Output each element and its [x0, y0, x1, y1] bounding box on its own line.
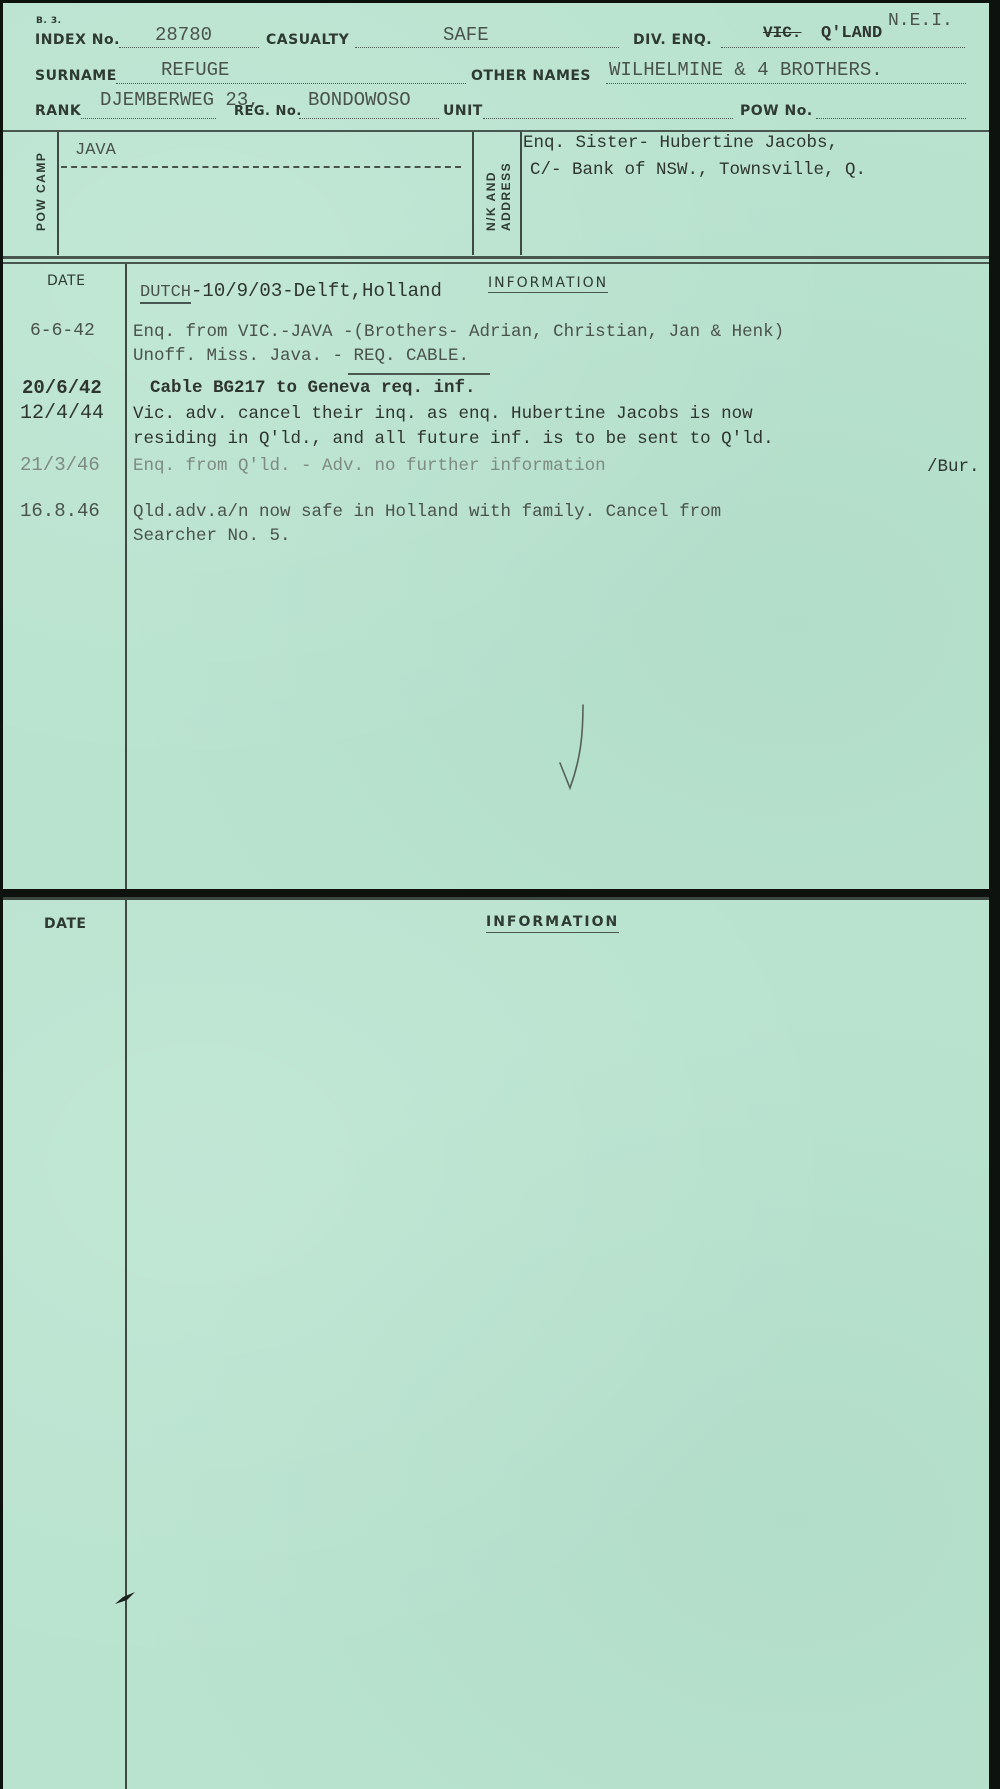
- div-enq-value: Q'LAND: [821, 24, 882, 43]
- surname-value: REFUGE: [161, 59, 229, 81]
- entry-suffix: /Bur.: [927, 457, 980, 477]
- entry-line: Unoff. Miss. Java. - REQ. CABLE.: [133, 346, 469, 366]
- casualty-value: SAFE: [443, 24, 489, 46]
- entry-line: residing in Q'ld., and all future inf. i…: [133, 429, 774, 449]
- reg-no-label: REG. No.: [234, 104, 302, 119]
- top-edge-rule: [3, 897, 989, 900]
- entry-line: Qld.adv.a/n now safe in Holland with fam…: [133, 502, 721, 522]
- div-enq-label: DIV. ENQ.: [633, 32, 712, 48]
- other-names-value: WILHELMINE & 4 BROTHERS.: [609, 59, 883, 81]
- ink-mark-icon: [113, 1590, 139, 1608]
- form-code: B. 3.: [36, 16, 62, 26]
- entry-line-text: Unoff. Miss. Java. - REQ. CABLE.: [133, 346, 469, 366]
- reg-no-dots: [299, 118, 439, 119]
- other-names-dots: [606, 83, 966, 84]
- information-header: INFORMATION: [486, 914, 619, 933]
- casualty-dots: [355, 47, 619, 48]
- pow-camp-strike-line: [61, 166, 461, 168]
- div-enq-dots: [721, 47, 965, 48]
- nk-left-divider: [472, 132, 474, 255]
- date-header: DATE: [44, 916, 86, 932]
- origin-line: DUTCH-10/9/03-Delft,Holland: [140, 280, 442, 302]
- double-rule-bottom: [3, 262, 989, 264]
- index-no-dots: [119, 47, 259, 48]
- birth-details: -10/9/03-Delft,Holland: [191, 280, 442, 302]
- pow-no-label: POW No.: [740, 103, 813, 119]
- entry-date: 12/4/44: [20, 402, 104, 425]
- entry-line: Enq. from Q'ld. - Adv. no further inform…: [133, 456, 606, 476]
- entry-date: 21/3/46: [20, 454, 100, 476]
- surname-label: SURNAME: [35, 68, 117, 84]
- box-top-rule: [3, 130, 989, 132]
- div-enq-struck-value: VIC.: [763, 24, 801, 42]
- unit-dots: [483, 118, 733, 119]
- double-rule-top: [3, 256, 989, 259]
- nk-address-line-2: C/- Bank of NSW., Townsville, Q.: [530, 160, 866, 180]
- pow-camp-value: JAVA: [75, 141, 116, 160]
- index-no-label: INDEX No.: [35, 32, 120, 48]
- req-cable-underline: [348, 373, 490, 375]
- rank-label: RANK: [35, 103, 81, 119]
- information-header: INFORMATION: [488, 275, 608, 293]
- date-header: DATE: [47, 273, 85, 289]
- surname-dots: [116, 83, 466, 84]
- entry-date: 20/6/42: [22, 377, 102, 399]
- index-card-back: DATE INFORMATION: [3, 897, 989, 1789]
- other-names-label: OTHER NAMES: [471, 68, 591, 84]
- nk-address-line-1: Enq. Sister- Hubertine Jacobs,: [523, 133, 838, 153]
- nk-address-label-2: ADDRESS: [499, 162, 513, 231]
- date-column-divider: [125, 264, 127, 889]
- entry-line: Vic. adv. cancel their inq. as enq. Hube…: [133, 404, 753, 424]
- rank-dots: [81, 118, 216, 119]
- entry-date: 6-6-42: [30, 321, 95, 341]
- date-column-divider: [125, 900, 127, 1789]
- entry-line: Cable BG217 to Geneva req. inf.: [150, 378, 476, 398]
- index-no-value: 28780: [155, 24, 212, 46]
- nationality: DUTCH: [140, 283, 191, 304]
- nk-address-label-1: N/K AND: [484, 171, 498, 231]
- div-enq-annotation: N.E.I.: [888, 11, 953, 31]
- index-card-front: B. 3. INDEX No. 28780 CASUALTY SAFE DIV.…: [3, 3, 989, 889]
- unit-label: UNIT: [443, 103, 483, 119]
- entry-date: 16.8.46: [20, 500, 100, 522]
- check-mark-icon: [553, 703, 593, 793]
- entry-line: Searcher No. 5.: [133, 526, 291, 546]
- entry-line: Enq. from VIC.-JAVA -(Brothers- Adrian, …: [133, 322, 784, 342]
- pow-camp-divider: [57, 132, 59, 255]
- pow-camp-label: POW CAMP: [34, 152, 48, 231]
- casualty-label: CASUALTY: [266, 32, 349, 48]
- reg-no-value: BONDOWOSO: [308, 89, 411, 111]
- pow-no-dots: [816, 118, 966, 119]
- nk-right-divider: [520, 132, 522, 255]
